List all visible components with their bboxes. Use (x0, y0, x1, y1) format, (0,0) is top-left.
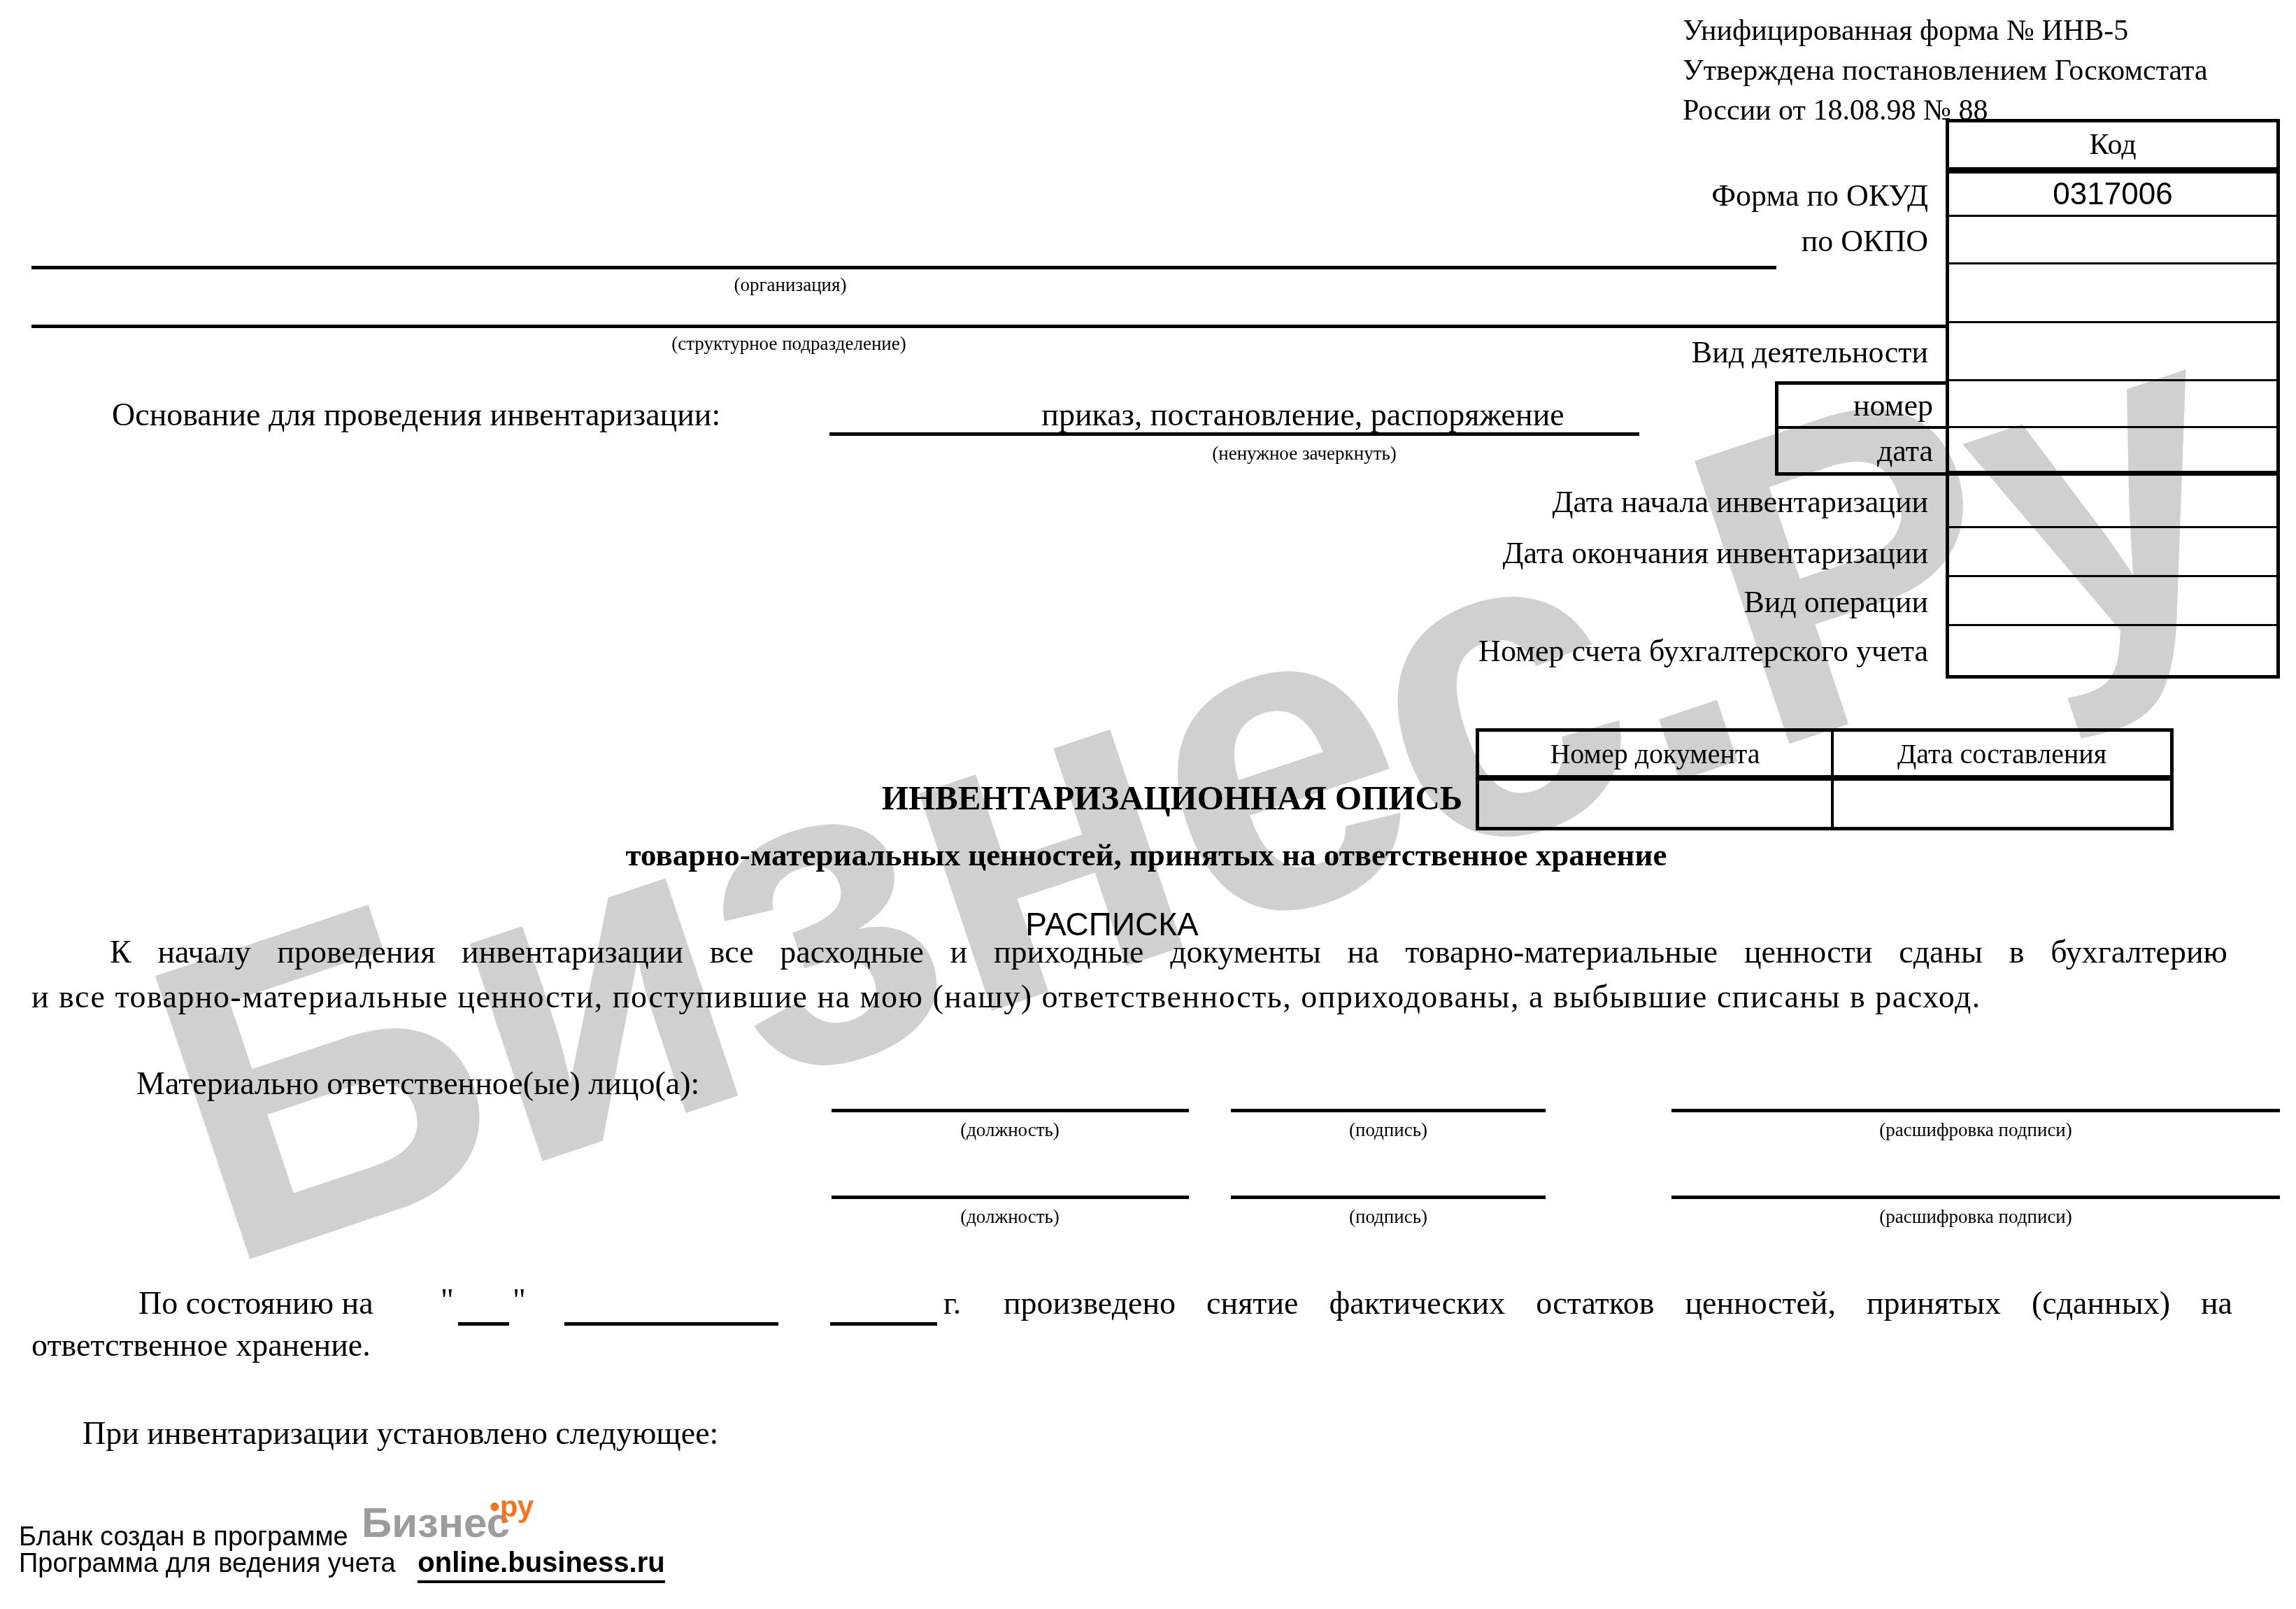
business-ru-logo-sup: •ру (490, 1490, 534, 1524)
name-hint-1: (расшифровка подписи) (1766, 1119, 2186, 1141)
footer-program-text: Программа для ведения учета (19, 1549, 396, 1578)
signature-line-1[interactable] (1231, 1109, 1546, 1112)
basis-note: (ненужное зачеркнуть) (1094, 443, 1514, 465)
unit-hint: (структурное подразделение) (579, 333, 999, 355)
code-value-end-date[interactable] (1949, 528, 2276, 577)
status-action-text: произведено снятие фактических остатков … (1004, 1284, 2232, 1321)
code-value-activity[interactable] (1949, 323, 2276, 381)
receipt-paragraph-line-2: и все товарно-материальные ценности, пос… (31, 978, 1981, 1015)
code-label-okpo: по ОКПО (808, 217, 1928, 264)
code-label-spacer (808, 122, 1928, 173)
order-number-label: номер (1778, 385, 1946, 429)
document-date-value[interactable] (1834, 781, 2170, 827)
status-close-quote: " (513, 1282, 526, 1319)
responsible-label: Материально ответственное(ые) лицо(а): (136, 1065, 699, 1102)
signature-hint-1: (подпись) (1213, 1119, 1563, 1141)
site-link[interactable]: online.business.ru (418, 1547, 664, 1583)
code-value-empty[interactable] (1949, 264, 2276, 323)
position-hint-2: (должность) (835, 1206, 1185, 1228)
code-label-account: Номер счета бухгалтерского учета (808, 626, 1928, 675)
code-value-operation[interactable] (1949, 577, 2276, 626)
page-title: ИНВЕНТАРИЗАЦИОННАЯ ОПИСЬ (882, 778, 1462, 818)
code-label-empty (808, 264, 1928, 323)
basis-line[interactable] (829, 432, 1639, 436)
code-value-okud: 0317006 (1949, 173, 2276, 217)
code-table-header: Код (1949, 122, 2276, 173)
organization-hint: (организация) (615, 274, 965, 296)
name-line-2[interactable] (1671, 1196, 2280, 1199)
organization-line[interactable] (31, 266, 1776, 269)
findings-label: При инвентаризации установлено следующее… (83, 1415, 718, 1452)
code-value-start-date[interactable] (1949, 476, 2276, 528)
approval-line-1: Унифицированная форма № ИНВ-5 (1683, 11, 2208, 51)
code-label-okud: Форма по ОКУД (808, 173, 1928, 217)
status-month-line[interactable] (564, 1322, 778, 1326)
signature-line-2[interactable] (1231, 1196, 1546, 1199)
status-prefix: По состоянию на (138, 1284, 373, 1321)
position-line-1[interactable] (832, 1109, 1189, 1112)
order-number-date-box: номер дата (1775, 381, 1949, 476)
position-line-2[interactable] (832, 1196, 1189, 1199)
document-date-header: Дата составления (1834, 732, 2170, 775)
basis-label: Основание для проведения инвентаризации: (112, 396, 720, 433)
status-tail-text: ответственное хранение. (31, 1326, 371, 1363)
document-number-header: Номер документа (1479, 732, 1834, 775)
name-hint-2: (расшифровка подписи) (1766, 1206, 2186, 1228)
basis-value: приказ, постановление, распоряжение (1002, 396, 1604, 433)
approval-line-2: Утверждена постановлением Госкомстата (1683, 51, 2208, 91)
status-year-line[interactable] (830, 1322, 937, 1326)
document-number-value[interactable] (1479, 781, 1834, 827)
code-label-operation: Вид операции (808, 577, 1928, 626)
business-ru-logo: Бизнес (362, 1498, 510, 1547)
inv5-form-page: Бизнес.Ру Унифицированная форма № ИНВ-5 … (0, 0, 2296, 1609)
page-subtitle: товарно-материальных ценностей, принятых… (626, 837, 1667, 873)
signature-hint-2: (подпись) (1213, 1206, 1563, 1228)
code-table: Код 0317006 (1946, 119, 2280, 679)
code-value-order-date[interactable] (1949, 428, 2276, 476)
order-date-label: дата (1778, 429, 1946, 472)
status-open-quote: " (441, 1282, 454, 1319)
code-label-end-date: Дата окончания инвентаризации (808, 528, 1928, 577)
footer-program-row: Программа для ведения учета online.busin… (19, 1547, 665, 1579)
position-hint-1: (должность) (835, 1119, 1185, 1141)
code-value-account[interactable] (1949, 626, 2276, 675)
status-day-line[interactable] (458, 1322, 509, 1326)
code-value-okpo[interactable] (1949, 217, 2276, 264)
receipt-paragraph-line-1: К началу проведения инвентаризации все р… (31, 933, 2227, 970)
status-year-suffix: г. (943, 1284, 961, 1321)
document-table: Номер документа Дата составления (1476, 728, 2174, 830)
approval-block: Унифицированная форма № ИНВ-5 Утверждена… (1683, 11, 2208, 131)
name-line-1[interactable] (1671, 1109, 2280, 1112)
unit-line[interactable] (31, 325, 1946, 328)
code-value-order-number[interactable] (1949, 381, 2276, 428)
code-label-start-date: Дата начала инвентаризации (808, 476, 1928, 528)
